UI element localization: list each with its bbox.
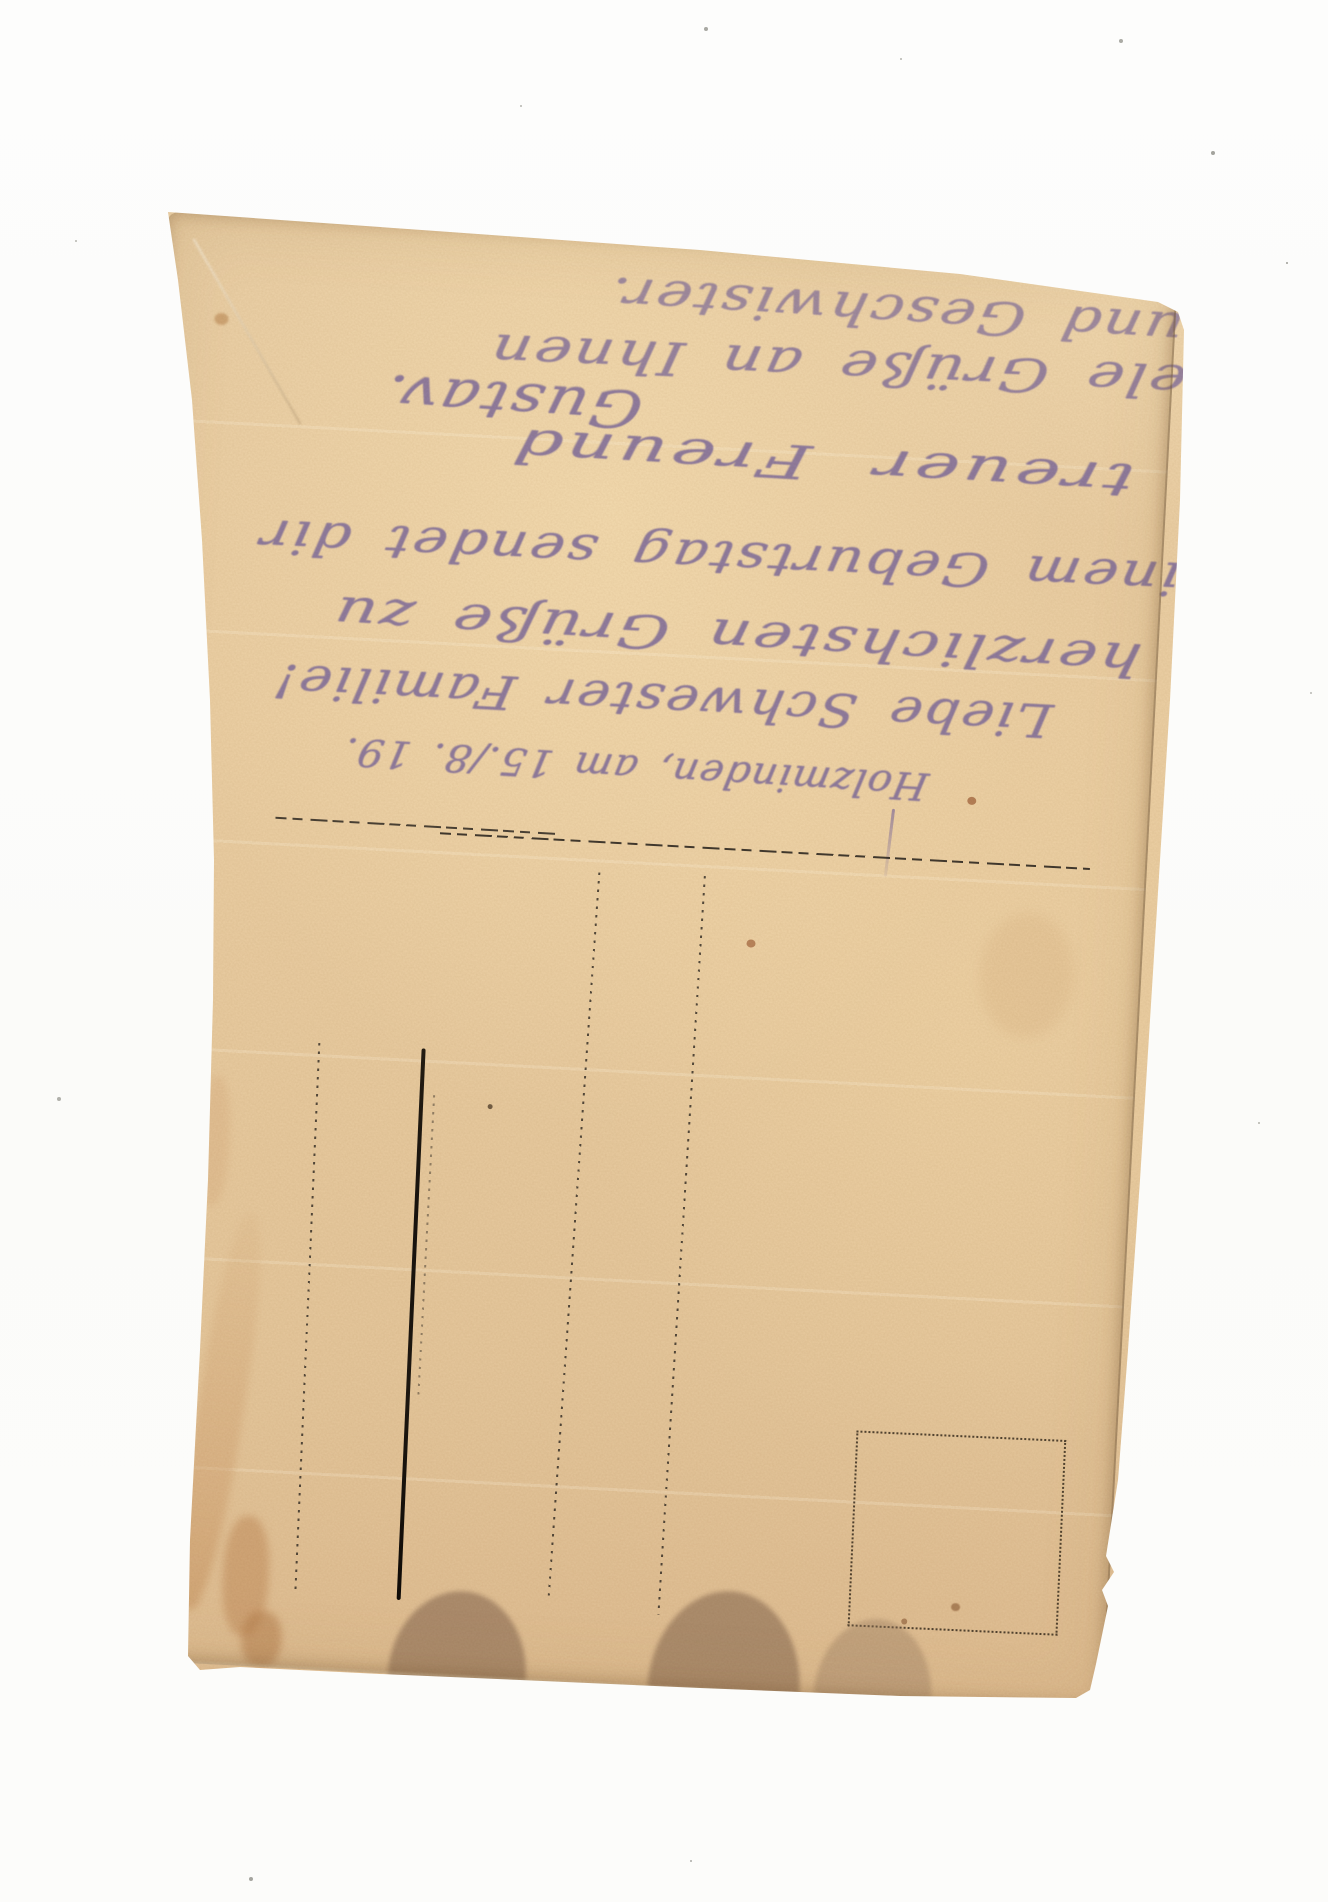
postcard-edge-shading — [92, 212, 1178, 1711]
dust-specks — [0, 0, 2, 2]
postcard-content: und Geschwister. viele Grüße an Ihnen Gu… — [92, 212, 1178, 1711]
